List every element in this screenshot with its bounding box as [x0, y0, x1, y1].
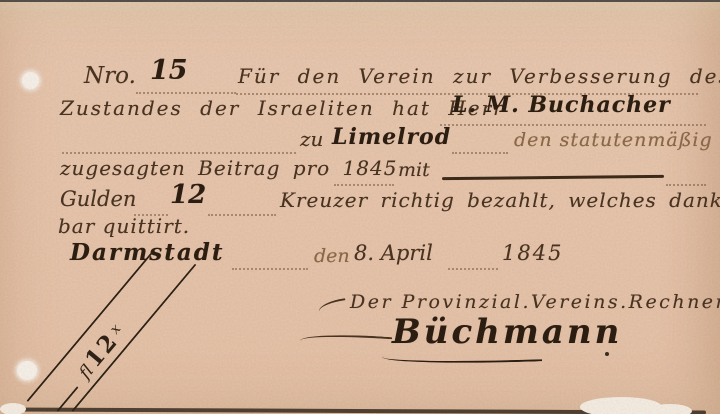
signature-name: Büchmann [392, 312, 622, 352]
statuten-text: den statutenmäßig [514, 129, 713, 151]
hole-punch-top [22, 72, 39, 89]
dotted-rule [452, 152, 508, 154]
kreuzer-text: Kreuzer richtig bezahlt, welches dank- [280, 188, 720, 212]
mit-label: mit [398, 159, 430, 181]
pen-flourish [317, 298, 346, 312]
place-prefix: zu [300, 127, 323, 151]
date-day-month: 8. April [354, 241, 433, 265]
receipt-number-label: Nro. [84, 63, 136, 89]
signer-title: Der Provinzial.Vereins.Rechner [350, 291, 720, 313]
body-line-1: Für den Verein zur Verbesserung des [238, 64, 720, 88]
scanned-receipt-paper: Nro. 15 Für den Verein zur Verbesserung … [0, 0, 720, 414]
ink-speck [605, 352, 609, 356]
signature-underline-swash [382, 351, 542, 367]
corner-line-2 [71, 264, 196, 412]
dotted-rule [208, 214, 276, 216]
dotted-rule [440, 124, 706, 126]
dotted-rule [232, 268, 308, 270]
paper-tear-bottom-right-2 [648, 404, 692, 414]
gulden-value: 12 [170, 180, 206, 210]
signature-lead-stroke [300, 331, 392, 347]
paper-tear-bottom-left [0, 403, 26, 414]
amount-strike-dash [442, 175, 664, 180]
body-line-2: Zustandes der Israeliten hat Herr [60, 96, 505, 120]
member-name: L. M. Buchacher [452, 92, 671, 118]
date-prefix: den [314, 245, 350, 267]
paper-top-edge [0, 0, 720, 2]
date-year: 1845 [502, 241, 563, 265]
ink-speck [628, 100, 631, 103]
dotted-rule [334, 184, 394, 186]
corner-annotation: fl12x [18, 250, 233, 412]
dotted-rule [448, 268, 498, 270]
dotted-rule [136, 92, 236, 94]
dotted-rule [666, 184, 706, 186]
place-name: Limelrod [332, 124, 451, 150]
receipt-number-value: 15 [150, 55, 188, 86]
gulden-label: Gulden [60, 187, 136, 211]
dotted-rule [62, 152, 296, 154]
beitrag-text: zugesagten Beitrag pro 1845 [60, 156, 397, 180]
quittirt-text: bar quittirt. [58, 214, 190, 238]
